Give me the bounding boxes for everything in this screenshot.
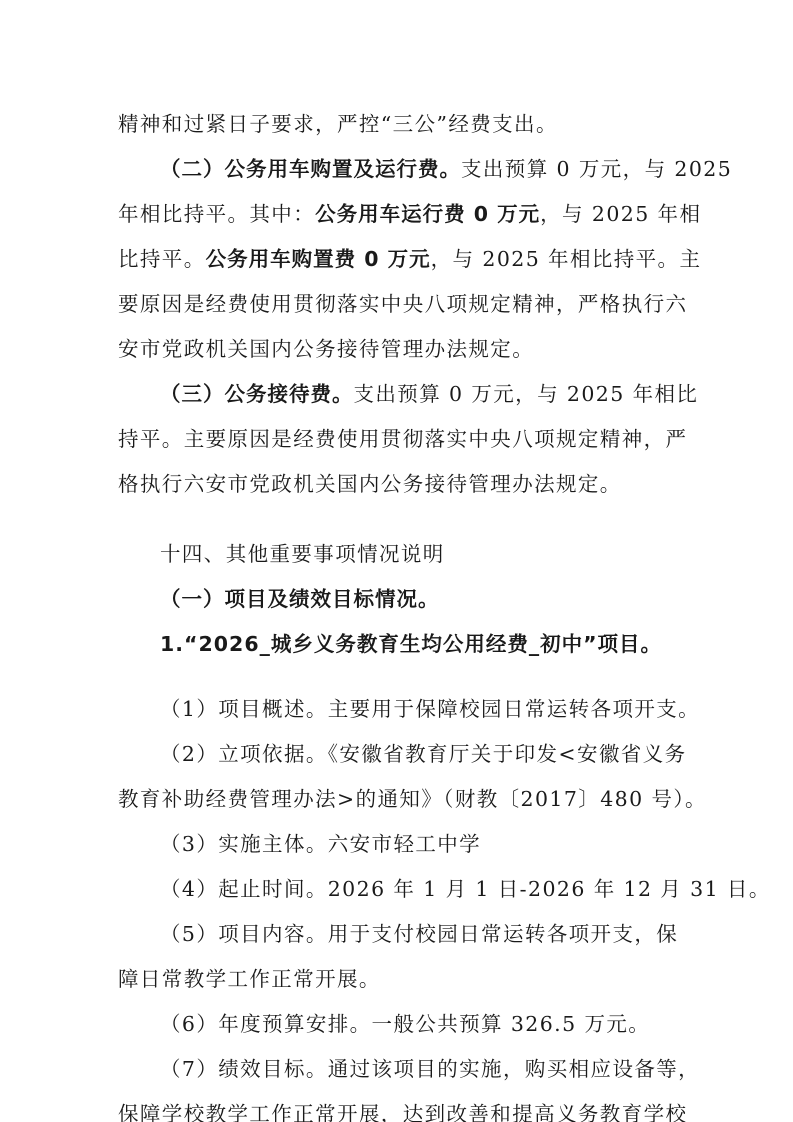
section-title: 十四、其他重要事项情况说明 xyxy=(160,540,445,568)
text: 支出预算 0 万元，与 2025 xyxy=(461,157,732,181)
paragraph-line: 持平。主要原因是经费使用贯彻落实中央八项规定精神，严 xyxy=(118,425,687,453)
item-goal: （7）绩效目标。通过该项目的实施，购买相应设备等， xyxy=(160,1055,700,1083)
text: 支出预算 0 万元，与 2025 年相比 xyxy=(354,382,699,406)
paragraph-line: 年相比持平。其中：公务用车运行费 0 万元，与 2025 年相 xyxy=(118,200,701,228)
bold-label: （三）公务接待费。 xyxy=(160,382,354,406)
text: 年相比持平。其中： xyxy=(118,202,315,226)
project-title: 1.“2026_城乡义务教育生均公用经费_初中”项目。 xyxy=(160,630,662,658)
item-content: （5）项目内容。用于支付校园日常运转各项开支，保 xyxy=(160,920,678,948)
item-period: （4）起止时间。2026 年 1 月 1 日-2026 年 12 月 31 日。 xyxy=(160,875,771,903)
section-heading-reception: （三）公务接待费。支出预算 0 万元，与 2025 年相比 xyxy=(160,380,698,408)
paragraph-line: 格执行六安市党政机关国内公务接待管理办法规定。 xyxy=(118,470,622,498)
bold-label: （二）公务用车购置及运行费。 xyxy=(160,157,461,181)
text: 比持平。 xyxy=(118,247,206,271)
bold-label: 公务用车运行费 0 万元 xyxy=(315,202,540,226)
section-heading-vehicle: （二）公务用车购置及运行费。支出预算 0 万元，与 2025 xyxy=(160,155,732,183)
item-entity: （3）实施主体。六安市轻工中学 xyxy=(160,830,481,858)
paragraph-line: 安市党政机关国内公务接待管理办法规定。 xyxy=(118,335,534,363)
text: ，与 2025 年相 xyxy=(540,202,701,226)
paragraph-line: 比持平。公务用车购置费 0 万元，与 2025 年相比持平。主 xyxy=(118,245,701,273)
paragraph-line: 保障学校教学工作正常开展，达到改善和提高义务教育学校 xyxy=(118,1100,687,1122)
paragraph-line: 障日常教学工作正常开展。 xyxy=(118,965,381,993)
paragraph-line: 教育补助经费管理办法>的通知》（财教〔2017〕480 号）。 xyxy=(118,785,707,813)
subsection-title: （一）项目及绩效目标情况。 xyxy=(160,585,440,613)
item-basis: （2）立项依据。《安徽省教育厅关于印发<安徽省义务 xyxy=(160,740,686,768)
text: ，与 2025 年相比持平。主 xyxy=(431,247,702,271)
item-overview: （1）项目概述。主要用于保障校园日常运转各项开支。 xyxy=(160,695,700,723)
bold-label: 公务用车购置费 0 万元 xyxy=(206,247,431,271)
item-budget: （6）年度预算安排。一般公共预算 326.5 万元。 xyxy=(160,1010,650,1038)
paragraph-line: 精神和过紧日子要求，严控“三公”经费支出。 xyxy=(118,110,558,138)
paragraph-line: 要原因是经费使用贯彻落实中央八项规定精神，严格执行六 xyxy=(118,290,687,318)
